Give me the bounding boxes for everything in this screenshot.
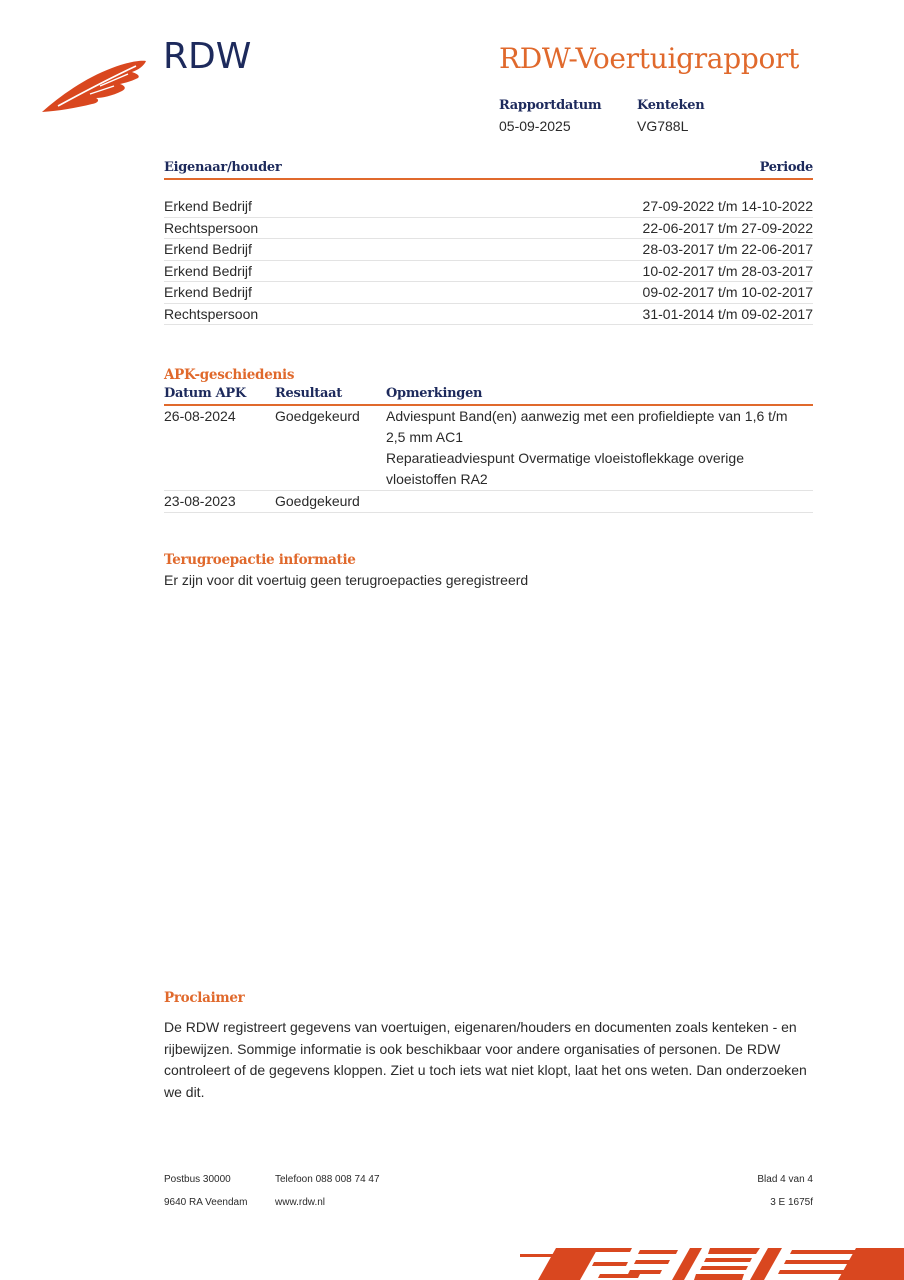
footer-document-code: 3 E 1675f [770,1197,813,1208]
recall-section-title: Terugroepactie informatie [164,552,813,568]
owner-type: Rechtspersoon [164,304,258,325]
footer-phone: Telefoon 088 008 74 47 [275,1174,475,1196]
apk-result: Goedgekeurd [275,406,386,490]
owner-type: Erkend Bedrijf [164,196,252,217]
owner-type: Erkend Bedrijf [164,239,252,260]
apk-date-column-header: Datum APK [164,386,275,401]
apk-rows: 26-08-2024GoedgekeurdAdviespunt Band(en)… [164,406,813,513]
owner-row: Erkend Bedrijf27-09-2022 t/m 14-10-2022 [164,196,813,218]
apk-section-title: APK-geschiedenis [164,367,813,383]
apk-remarks-column-header: Opmerkingen [386,386,813,401]
report-title: RDW-Voertuigrapport [499,42,799,75]
apk-remark-line: 2,5 mm AC1 [386,427,813,448]
apk-history-section: APK-geschiedenis Datum APK Resultaat Opm… [164,367,813,513]
owner-period: 28-03-2017 t/m 22-06-2017 [643,239,813,260]
decorative-stripes-icon [520,1240,904,1280]
footer-website-link[interactable]: www.rdw.nl [275,1197,475,1219]
disclaimer-text: De RDW registreert gegevens van voertuig… [164,1017,813,1103]
license-plate-label: Kenteken [637,98,704,113]
disclaimer-title: Proclaimer [164,990,813,1006]
license-plate: Kenteken VG788L [637,98,704,134]
owner-row: Erkend Bedrijf10-02-2017 t/m 28-03-2017 [164,261,813,283]
owner-table-header: Eigenaar/houder Periode [164,160,813,180]
owner-row: Rechtspersoon22-06-2017 t/m 27-09-2022 [164,218,813,240]
period-column-header: Periode [760,160,813,175]
owner-type: Erkend Bedrijf [164,261,252,282]
footer-postbus: Postbus 30000 [164,1174,275,1196]
recall-section: Terugroepactie informatie Er zijn voor d… [164,552,813,588]
owner-period: 31-01-2014 t/m 09-02-2017 [643,304,813,325]
apk-remark-line: Reparatieadviespunt Overmatige vloeistof… [386,448,813,469]
recall-text: Er zijn voor dit voertuig geen terugroep… [164,572,813,588]
footer-row-2: 9640 RA Veendam www.rdw.nl 3 E 1675f [164,1197,813,1219]
brand-name: RDW [163,36,251,77]
rdw-feather-logo-icon [40,56,150,116]
owner-rows: Erkend Bedrijf27-09-2022 t/m 14-10-2022R… [164,196,813,325]
apk-result: Goedgekeurd [275,491,386,512]
apk-date: 26-08-2024 [164,406,275,490]
owner-type: Erkend Bedrijf [164,282,252,303]
footer-postal-address: 9640 RA Veendam [164,1197,275,1219]
owner-row: Rechtspersoon31-01-2014 t/m 09-02-2017 [164,304,813,326]
apk-remark-line: vloeistoffen RA2 [386,469,813,490]
footer-row-1: Postbus 30000 Telefoon 088 008 74 47 Bla… [164,1174,813,1196]
owner-history-table: Eigenaar/houder Periode Erkend Bedrijf27… [164,160,813,325]
apk-row: 23-08-2023Goedgekeurd​ [164,491,813,513]
apk-table-header: Datum APK Resultaat Opmerkingen [164,386,813,406]
disclaimer-section: Proclaimer De RDW registreert gegevens v… [164,990,813,1103]
owner-period: 09-02-2017 t/m 10-02-2017 [643,282,813,303]
owner-row: Erkend Bedrijf09-02-2017 t/m 10-02-2017 [164,282,813,304]
apk-result-column-header: Resultaat [275,386,386,401]
report-date: Rapportdatum 05-09-2025 [499,98,601,134]
report-date-label: Rapportdatum [499,98,601,113]
report-date-value: 05-09-2025 [499,118,601,134]
apk-remark-line: Adviespunt Band(en) aanwezig met een pro… [386,406,813,427]
owner-period: 10-02-2017 t/m 28-03-2017 [643,261,813,282]
apk-row: 26-08-2024GoedgekeurdAdviespunt Band(en)… [164,406,813,491]
owner-column-header: Eigenaar/houder [164,160,281,175]
footer-page-number: Blad 4 van 4 [757,1174,813,1185]
apk-remarks: ​ [386,491,813,512]
owner-row: Erkend Bedrijf28-03-2017 t/m 22-06-2017 [164,239,813,261]
owner-period: 27-09-2022 t/m 14-10-2022 [643,196,813,217]
apk-date: 23-08-2023 [164,491,275,512]
apk-remark-line: ​ [386,491,813,512]
owner-type: Rechtspersoon [164,218,258,239]
apk-remarks: Adviespunt Band(en) aanwezig met een pro… [386,406,813,490]
owner-period: 22-06-2017 t/m 27-09-2022 [643,218,813,239]
license-plate-value: VG788L [637,118,704,134]
